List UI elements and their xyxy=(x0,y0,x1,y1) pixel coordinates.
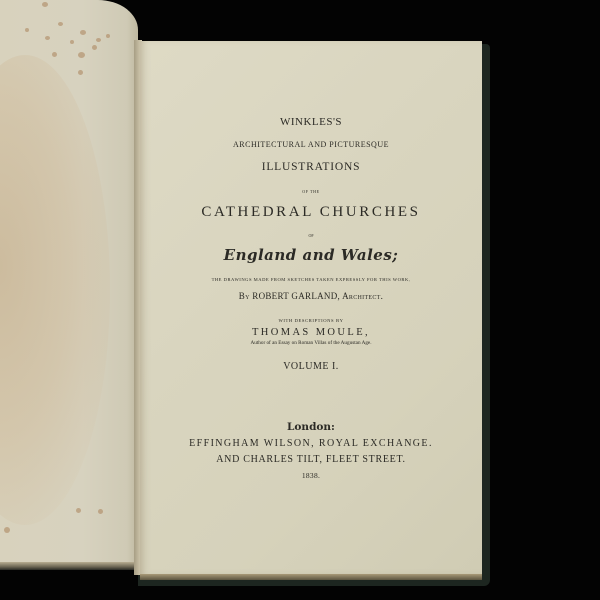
foxing-spot xyxy=(70,40,74,44)
left-page-foxed xyxy=(0,0,138,570)
imprint-publisher-2: AND CHARLES TILT, FLEET STREET. xyxy=(140,454,482,465)
descriptions-label: WITH DESCRIPTIONS BY xyxy=(140,318,482,323)
volume-number: VOLUME I. xyxy=(140,361,482,372)
foxing-spot xyxy=(78,70,83,75)
foxing-stain xyxy=(0,55,110,525)
title-main: ILLUSTRATIONS xyxy=(140,161,482,173)
foxing-spot xyxy=(78,52,85,58)
author-name: THOMAS MOULE, xyxy=(140,327,482,338)
foxing-spot xyxy=(25,28,29,32)
page-bottom-edge xyxy=(0,562,138,570)
foxing-spot xyxy=(92,45,97,50)
book-photo-scene: WINKLES'S ARCHITECTURAL AND PICTURESQUE … xyxy=(0,0,600,600)
foxing-spot xyxy=(58,22,63,26)
title-page: WINKLES'S ARCHITECTURAL AND PICTURESQUE … xyxy=(140,41,482,574)
title-england-wales: England and Wales; xyxy=(140,246,482,264)
page-block-edge xyxy=(140,574,482,580)
foxing-spot xyxy=(45,36,50,40)
title-publisher-name: WINKLES'S xyxy=(140,116,482,128)
imprint-city: London: xyxy=(140,421,482,433)
foxing-spot xyxy=(80,30,86,35)
foxing-spot xyxy=(52,52,57,57)
foxing-spot xyxy=(106,34,110,38)
imprint-publisher-1: EFFINGHAM WILSON, ROYAL EXCHANGE. xyxy=(140,438,482,449)
foxing-spot xyxy=(4,527,10,533)
author-credentials: Author of an Essay on Roman Villas of th… xyxy=(140,340,482,346)
foxing-spot xyxy=(42,2,48,7)
foxing-spot xyxy=(98,509,103,514)
title-subtitle: ARCHITECTURAL AND PICTURESQUE xyxy=(140,140,482,149)
imprint-year: 1838. xyxy=(140,471,482,480)
title-connector-of: OF xyxy=(140,233,482,238)
foxing-spot xyxy=(76,508,81,513)
title-connector: OF THE xyxy=(140,189,482,194)
foxing-spot xyxy=(96,38,101,42)
drawings-note: THE DRAWINGS MADE FROM SKETCHES TAKEN EX… xyxy=(140,277,482,282)
artist-credit: By ROBERT GARLAND, Architect. xyxy=(140,291,482,301)
title-cathedral-churches: CATHEDRAL CHURCHES xyxy=(140,204,482,221)
